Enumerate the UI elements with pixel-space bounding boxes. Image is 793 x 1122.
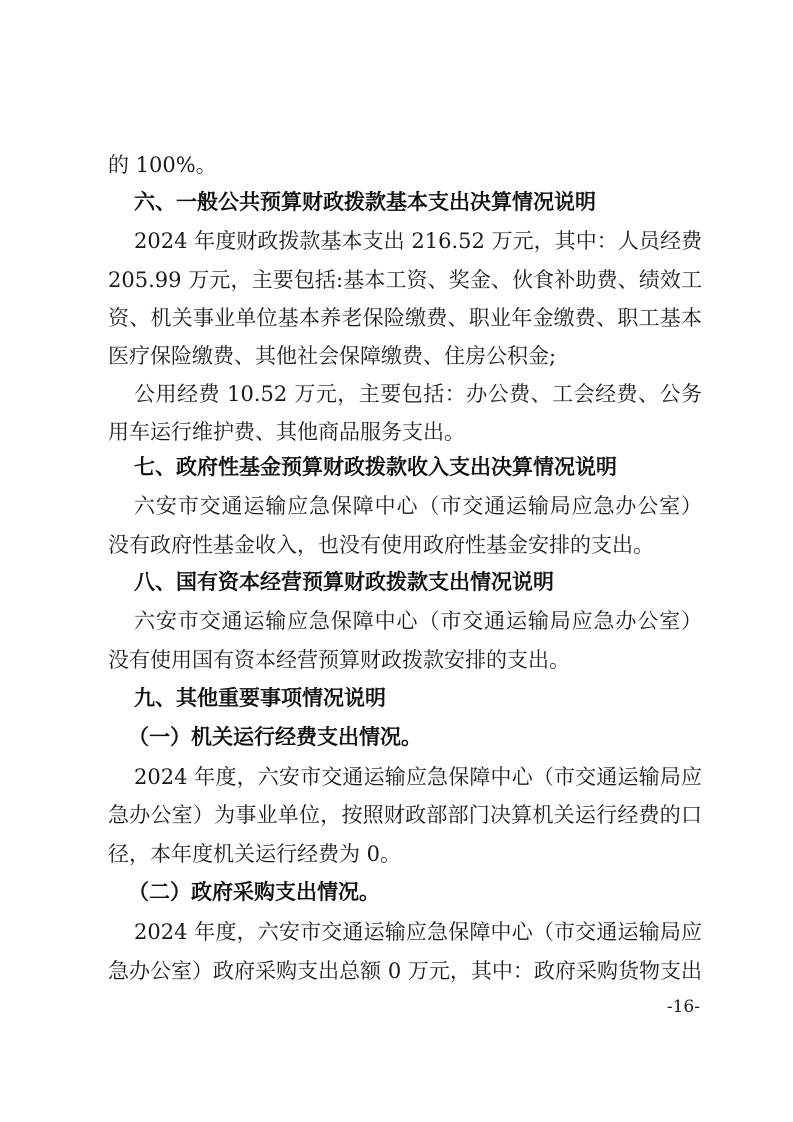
body-line: 资、机关事业单位基本养老保险缴费、职业年金缴费、职工基本	[108, 303, 702, 333]
body-line: 2024 年度，六安市交通运输应急保障中心（市交通运输局应	[134, 917, 702, 947]
section-heading-9: 九、其他重要事项情况说明	[134, 683, 386, 713]
body-line: 没有使用国有资本经营预算财政拨款安排的支出。	[108, 645, 702, 675]
body-line: 2024 年度财政拨款基本支出 216.52 万元，其中：人员经费	[134, 226, 702, 256]
section-heading-7: 七、政府性基金预算财政拨款收入支出决算情况说明	[134, 452, 617, 482]
body-line: 用车运行维护费、其他商品服务支出。	[108, 417, 702, 447]
body-line: 径，本年度机关运行经费为 0。	[108, 839, 702, 869]
body-line: 205.99 万元，主要包括:基本工资、奖金、伙食补助费、绩效工	[108, 265, 702, 295]
section-heading-6: 六、一般公共预算财政拨款基本支出决算情况说明	[134, 187, 596, 217]
body-line: 公用经费 10.52 万元，主要包括：办公费、工会经费、公务	[134, 379, 702, 409]
body-line: 没有政府性基金收入，也没有使用政府性基金安排的支出。	[108, 530, 702, 560]
body-line: 2024 年度，六安市交通运输应急保障中心（市交通运输局应	[134, 762, 702, 792]
document-page: 的 100%。 六、一般公共预算财政拨款基本支出决算情况说明 2024 年度财政…	[0, 0, 793, 1122]
section-heading-8: 八、国有资本经营预算财政拨款支出情况说明	[134, 567, 554, 597]
body-line: 六安市交通运输应急保障中心（市交通运输局应急办公室）	[134, 606, 702, 636]
body-line: 急办公室）为事业单位，按照财政部部门决算机关运行经费的口	[108, 800, 702, 830]
body-line: 急办公室）政府采购支出总额 0 万元，其中：政府采购货物支出	[108, 956, 702, 986]
subsection-heading-2: （二）政府采购支出情况。	[128, 877, 380, 907]
body-line: 医疗保险缴费、其他社会保障缴费、住房公积金;	[108, 341, 702, 371]
page-number: -16-	[667, 995, 700, 1019]
subsection-heading-1: （一）机关运行经费支出情况。	[128, 722, 422, 752]
body-line-continuation: 的 100%。	[108, 150, 702, 180]
body-line: 六安市交通运输应急保障中心（市交通运输局应急办公室）	[134, 491, 702, 521]
